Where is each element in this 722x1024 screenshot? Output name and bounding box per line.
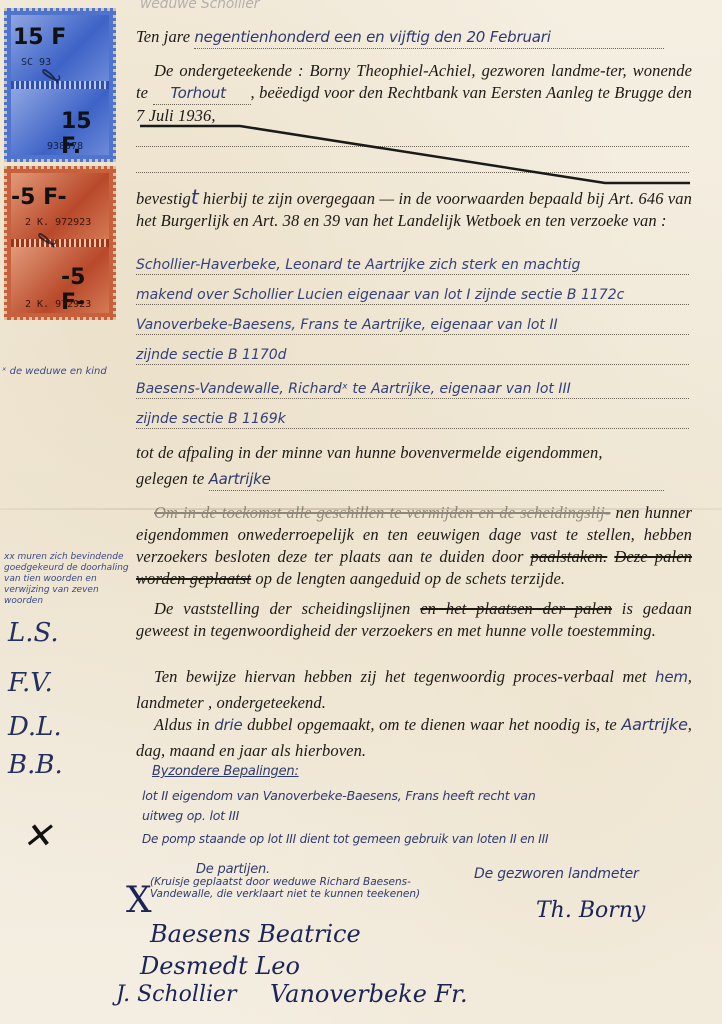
located-handwritten: Aartrijke: [209, 468, 664, 491]
requester-line: zijnde sectie B 1169k: [136, 410, 689, 429]
provision-line: De pomp staande op lot III dient tot gem…: [142, 832, 548, 846]
cross-note: (Kruisje geplaatst door weduwe Richard B…: [150, 876, 450, 900]
struck-text: en het plaatsen der palen: [420, 599, 612, 618]
margin-initials: L.S.: [8, 618, 59, 648]
signature: Baesens Beatrice: [150, 920, 361, 948]
confirm-text: hierbij te zijn overgegaan — in de voorw…: [136, 189, 692, 230]
copies-handwritten: drie: [214, 716, 242, 734]
margin-note-widow: ˣ de weduwe en kind: [2, 366, 107, 377]
signature: J. Schollier: [116, 982, 237, 1007]
future-paragraph: Om in de toekomst alle geschillen te ver…: [136, 502, 692, 590]
stamp-serial-top: 2 K. 972923: [25, 217, 91, 228]
requester-line: Schollier-Haverbeke, Leonard te Aartrijk…: [136, 256, 689, 275]
purpose-text: tot de afpaling in der minne van hunne b…: [136, 442, 692, 464]
lines-text-a: De vaststelling der scheidingslijnen: [154, 599, 410, 618]
place-handwritten: Aartrijke: [621, 715, 687, 734]
proof-paragraph: Ten bewijze hiervan hebben zij het tegen…: [136, 664, 692, 716]
future-text-b: op de lengten aangeduid op de schets ter…: [255, 569, 565, 588]
cross-mark: ✕: [22, 816, 52, 857]
purpose-paragraph: tot de afpaling in der minne van hunne b…: [136, 442, 692, 491]
provision-line: lot II eigendom van Vanoverbeke-Baesens,…: [142, 788, 536, 803]
cross-signature: X: [126, 880, 152, 921]
surveyor-signature-title: De gezworen landmeter: [474, 866, 639, 882]
confirm-paragraph: bevestigt hierbij te zijn overgegaan — i…: [136, 186, 692, 232]
requester-line: zijnde sectie B 1170d: [136, 346, 689, 365]
requester-line: Baesens-Vandewalle, Richardˣ te Aartrijk…: [136, 380, 689, 399]
margin-initials: F.V.: [8, 668, 53, 698]
signature: Desmedt Leo: [140, 952, 300, 980]
confirm-word: bevestig: [136, 189, 191, 208]
provision-line: uitweg op. lot III: [142, 808, 239, 823]
proof-text-a: Ten bewijze hiervan hebben zij het tegen…: [154, 667, 647, 686]
lines-paragraph: De vaststelling der scheidingslijnen en …: [136, 598, 692, 642]
struck-text: paalstaken.: [531, 547, 608, 566]
confirm-suffix-handwritten: t: [191, 185, 199, 209]
stamp-serial-bottom: 2 K. 972923: [25, 299, 91, 310]
copies-text-a: Aldus in: [154, 715, 210, 734]
copies-paragraph: Aldus in drie dubbel opgemaakt, om te di…: [136, 712, 692, 764]
margin-note-walls: xx muren zich bevindende goedgekeurd de …: [4, 552, 132, 607]
cancel-stroke-line: [0, 0, 722, 200]
copies-text-b: dubbel opgemaakt, om te dienen waar het …: [247, 715, 617, 734]
proof-handwritten: hem: [655, 668, 688, 686]
requester-line: makend over Schollier Lucien eigenaar va…: [136, 286, 689, 305]
faded-line: Om in de toekomst alle geschillen te ver…: [154, 503, 610, 522]
parties-title: De partijen.: [196, 862, 270, 877]
requester-line: Vanoverbeke-Baesens, Frans te Aartrijke,…: [136, 316, 689, 335]
special-provisions-title: Byzondere Bepalingen:: [152, 764, 299, 779]
margin-initials: D.L.: [8, 712, 62, 742]
located-label: gelegen te: [136, 469, 204, 488]
signature: Vanoverbeke Fr.: [270, 980, 468, 1008]
surveyor-signature: Th. Borny: [536, 898, 645, 923]
margin-initials: B.B.: [8, 750, 63, 780]
